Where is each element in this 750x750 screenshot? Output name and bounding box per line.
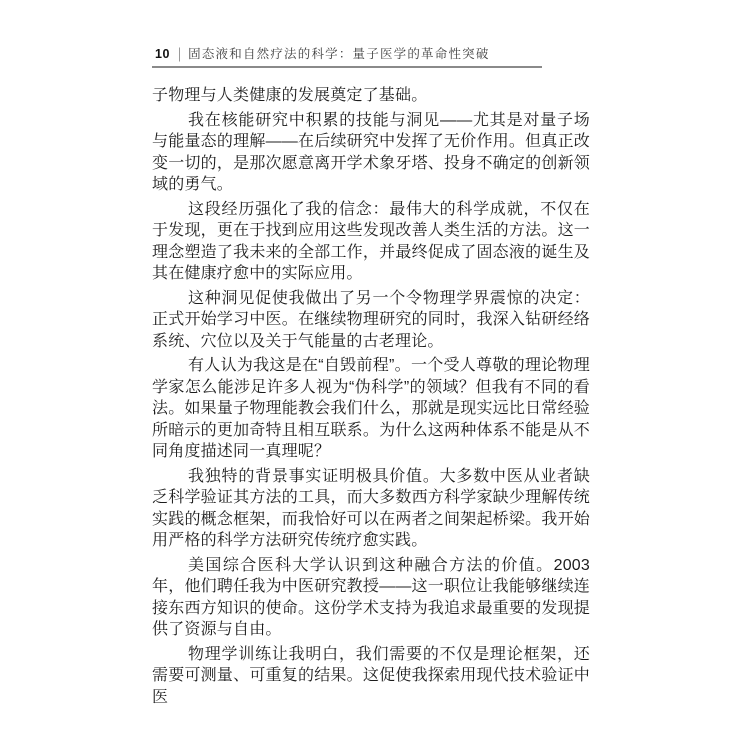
- page-content: 10 | 固态液和自然疗法的科学：量子医学的革命性突破 子物理与人类健康的发展奠…: [152, 46, 592, 711]
- paragraph-7: 物理学训练让我明白，我们需要的不仅是理论框架，还需要可测量、可重复的结果。这促使…: [152, 644, 590, 709]
- paragraph-3: 这种洞见促使我做出了另一个令物理学界震惊的决定：正式开始学习中医。在继续物理研究…: [152, 288, 590, 353]
- paragraph-2: 这段经历强化了我的信念：最伟大的科学成就，不仅在于发现，更在于找到应用这些发现改…: [152, 199, 590, 285]
- paragraph-1: 我在核能研究中积累的技能与洞见——尤其是对量子场与能量态的理解——在后续研究中发…: [152, 110, 590, 196]
- paragraph-4: 有人认为我这是在“自毁前程”。一个受人尊敬的理论物理学家怎么能涉足许多人视为“伪…: [152, 355, 590, 463]
- book-page: 10 | 固态液和自然疗法的科学：量子医学的革命性突破 子物理与人类健康的发展奠…: [0, 0, 750, 750]
- running-header: 10 | 固态液和自然疗法的科学：量子医学的革命性突破: [152, 46, 592, 62]
- header-separator: |: [178, 45, 181, 63]
- paragraph-0: 子物理与人类健康的发展奠定了基础。: [152, 85, 590, 107]
- body-text-block: 子物理与人类健康的发展奠定了基础。 我在核能研究中积累的技能与洞见——尤其是对量…: [152, 85, 590, 708]
- running-header-title: 固态液和自然疗法的科学：量子医学的革命性突破: [188, 46, 489, 62]
- header-rule: [152, 66, 542, 68]
- page-number: 10: [155, 46, 170, 62]
- paragraph-6: 美国综合医科大学认识到这种融合方法的价值。2003 年，他们聘任我为中医研究教授…: [152, 555, 590, 641]
- paragraph-5: 我独特的背景事实证明极具价值。大多数中医从业者缺乏科学验证其方法的工具，而大多数…: [152, 466, 590, 552]
